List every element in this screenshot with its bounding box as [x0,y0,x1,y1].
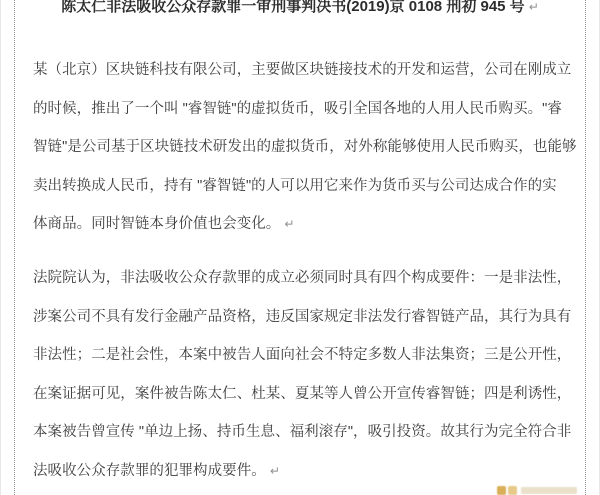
paragraph1-line: 卖出转换成人民币，持有 "睿智链"的人可以用它来作为货币买与公司达成合作的实 [33,177,589,196]
paragraph2-line: 在案证据可见，案件被告陈太仁、杜某、夏某等人曾公开宣传睿智链；四是利诱性， [33,385,589,404]
judgment-document-page: 陈太仁非法吸收公众存款罪一审刑事判决书(2019)京 0108 刑初 945 号… [0,0,600,495]
paragraph2-line-text: 法吸收公众存款罪的犯罪构成要件。 [33,463,266,479]
paragraph1-line-text: 体商品。同时智链本身价值也会变化。 [33,216,280,232]
document-title: 陈太仁非法吸收公众存款罪一审刑事判决书(2019)京 0108 刑初 945 号 [61,0,524,15]
paragraph1-line-last: 体商品。同时智链本身价值也会变化。↵ [33,215,589,234]
paragraph2-line: 涉案公司不具有发行金融产品资格，违反国家规定非法发行睿智链产品，其行为具有 [33,308,589,327]
watermark-text-fragment [521,487,577,494]
document-title-row: 陈太仁非法吸收公众存款罪一审刑事判决书(2019)京 0108 刑初 945 号… [14,0,586,17]
paragraph-mark-icon: ↵ [270,462,280,481]
watermark-square-icon [508,486,517,495]
paragraph1-line: 某（北京）区块链科技有限公司，主要做区块链接技术的开发和运营，公司在刚成立 [33,61,589,80]
paragraph2-line-last: 法吸收公众存款罪的犯罪构成要件。↵ [33,462,589,481]
paragraph1-line: 的时候，推出了一个叫 "睿智链"的虚拟货币，吸引全国各地的人用人民币购买。"睿 [33,100,589,119]
paragraph-mark-icon: ↵ [529,0,539,17]
paragraph-mark-icon: ↵ [284,215,294,234]
dotted-border-left [14,0,15,495]
page-edge-left [0,0,1,495]
watermark-logo [494,485,586,495]
paragraph2-line: 法院院认为，非法吸收公众存款罪的成立必须同时具有四个构成要件：一是非法性， [33,269,589,288]
paragraph1-line: 智链"是公司基于区块链技术研发出的虚拟货币，对外称能够使用人民币购买，也能够 [33,138,589,157]
paragraph2-line: 非法性；二是社会性，本案中被告人面向社会不特定多数人非法集资；三是公开性， [33,346,589,365]
watermark-square-icon [497,486,506,495]
paragraph2-line: 本案被告曾宣传 "单边上扬、持币生息、福利滚存"，吸引投资。故其行为完全符合非 [33,423,589,442]
